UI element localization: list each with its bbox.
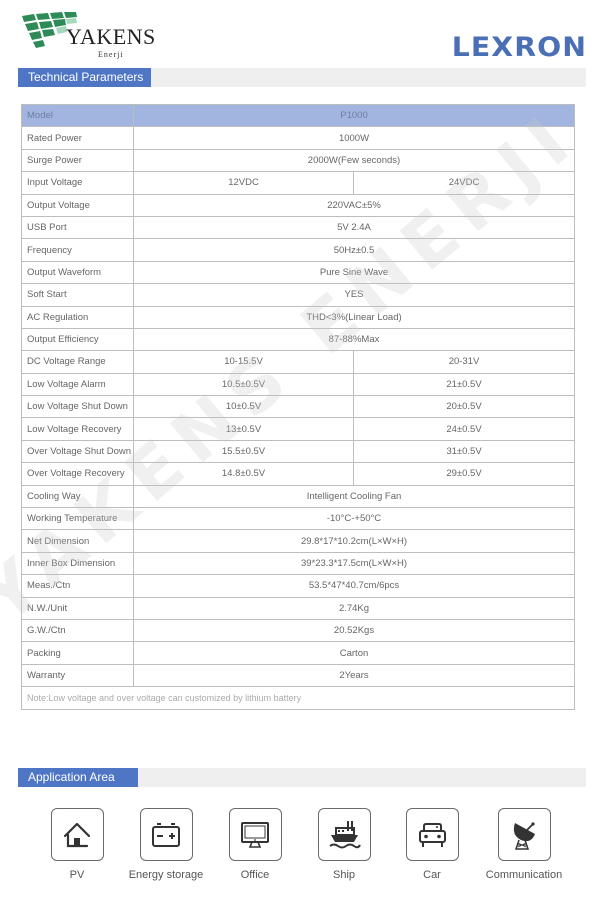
row-value-12v: 12VDC	[134, 172, 354, 194]
table-row: N.W./Unit2.74Kg	[22, 597, 575, 619]
table-row: Output Efficiency87-88%Max	[22, 328, 575, 350]
yakens-brand-name: YAKENS	[66, 24, 156, 50]
row-value-12v: 10-15.5V	[134, 351, 354, 373]
row-value-12v: 10±0.5V	[134, 396, 354, 418]
application-label: Car	[382, 869, 482, 881]
application-area-title: Application Area	[18, 768, 138, 787]
monitor-icon	[229, 808, 282, 861]
row-value: 87-88%Max	[134, 328, 575, 350]
row-label: Warranty	[22, 664, 134, 686]
row-label: Over Voltage Shut Down	[22, 440, 134, 462]
technical-parameters-title: Technical Parameters	[18, 68, 151, 87]
row-value-24v: 31±0.5V	[354, 440, 575, 462]
spec-table: ModelP1000Rated Power1000WSurge Power200…	[21, 104, 575, 710]
row-label: Packing	[22, 642, 134, 664]
row-label: Cooling Way	[22, 485, 134, 507]
row-value-12v: 14.8±0.5V	[134, 463, 354, 485]
row-value: 1000W	[134, 127, 575, 149]
table-row: Over Voltage Shut Down15.5±0.5V31±0.5V	[22, 440, 575, 462]
table-row: Low Voltage Recovery13±0.5V24±0.5V	[22, 418, 575, 440]
lexron-logo: LEXRON	[452, 32, 587, 63]
application-label: PV	[27, 869, 127, 881]
car-icon	[406, 808, 459, 861]
application-label: Communication	[474, 869, 574, 881]
row-value-24v: 24±0.5V	[354, 418, 575, 440]
page-header: YAKENS Enerji LEXRON	[0, 0, 592, 66]
row-label: Surge Power	[22, 149, 134, 171]
table-header-row: ModelP1000	[22, 105, 575, 127]
table-row: USB Port5V 2.4A	[22, 216, 575, 238]
application-item: Car	[382, 808, 482, 881]
application-item: Communication	[474, 808, 574, 881]
application-area-bar: Application Area	[18, 768, 586, 787]
table-row: Inner Box Dimension39*23.3*17.5cm(L×W×H)	[22, 552, 575, 574]
table-row: Surge Power2000W(Few seconds)	[22, 149, 575, 171]
row-value: 29.8*17*10.2cm(L×W×H)	[134, 530, 575, 552]
row-value-24v: 21±0.5V	[354, 373, 575, 395]
row-label: Input Voltage	[22, 172, 134, 194]
row-value: 2000W(Few seconds)	[134, 149, 575, 171]
row-label: Net Dimension	[22, 530, 134, 552]
row-value: 53.5*47*40.7cm/6pcs	[134, 575, 575, 597]
row-label: Low Voltage Recovery	[22, 418, 134, 440]
yakens-brand-sub: Enerji	[98, 50, 124, 59]
table-row: AC RegulationTHD<3%(Linear Load)	[22, 306, 575, 328]
table-row: Working Temperature-10°C-+50°C	[22, 508, 575, 530]
row-label: Soft Start	[22, 284, 134, 306]
house-icon	[51, 808, 104, 861]
row-label: N.W./Unit	[22, 597, 134, 619]
table-row: PackingCarton	[22, 642, 575, 664]
battery-icon	[140, 808, 193, 861]
application-label: Energy storage	[116, 869, 216, 881]
table-row: Output WaveformPure Sine Wave	[22, 261, 575, 283]
row-value-12v: 10.5±0.5V	[134, 373, 354, 395]
row-label: Frequency	[22, 239, 134, 261]
row-label: Meas./Ctn	[22, 575, 134, 597]
row-label: Over Voltage Recovery	[22, 463, 134, 485]
row-value-24v: 24VDC	[354, 172, 575, 194]
row-label: Output Voltage	[22, 194, 134, 216]
table-row: G.W./Ctn20.52Kgs	[22, 619, 575, 641]
table-row: Cooling WayIntelligent Cooling Fan	[22, 485, 575, 507]
table-note: Note:Low voltage and over voltage can cu…	[22, 687, 575, 709]
row-value-24v: 20±0.5V	[354, 396, 575, 418]
row-value: -10°C-+50°C	[134, 508, 575, 530]
table-row: DC Voltage Range10-15.5V20-31V	[22, 351, 575, 373]
application-list: PVEnergy storageOfficeShipCarCommunicati…	[0, 808, 592, 888]
row-value-12v: 13±0.5V	[134, 418, 354, 440]
row-value-24v: 20-31V	[354, 351, 575, 373]
table-row: Warranty2Years	[22, 664, 575, 686]
row-label: Rated Power	[22, 127, 134, 149]
row-value: Carton	[134, 642, 575, 664]
table-row: Low Voltage Alarm10.5±0.5V21±0.5V	[22, 373, 575, 395]
row-label: DC Voltage Range	[22, 351, 134, 373]
yakens-logo: YAKENS Enerji	[20, 10, 170, 60]
row-label: G.W./Ctn	[22, 619, 134, 641]
row-label: USB Port	[22, 216, 134, 238]
table-row: Net Dimension29.8*17*10.2cm(L×W×H)	[22, 530, 575, 552]
technical-parameters-bar: Technical Parameters	[18, 68, 586, 87]
row-label: Low Voltage Shut Down	[22, 396, 134, 418]
row-value-24v: 29±0.5V	[354, 463, 575, 485]
row-value-12v: 15.5±0.5V	[134, 440, 354, 462]
row-value: 220VAC±5%	[134, 194, 575, 216]
model-value: P1000	[134, 105, 575, 127]
row-value: Intelligent Cooling Fan	[134, 485, 575, 507]
row-label: Low Voltage Alarm	[22, 373, 134, 395]
table-row: Output Voltage220VAC±5%	[22, 194, 575, 216]
row-value: Pure Sine Wave	[134, 261, 575, 283]
row-value: YES	[134, 284, 575, 306]
row-value: 2.74Kg	[134, 597, 575, 619]
application-label: Ship	[294, 869, 394, 881]
application-item: Energy storage	[116, 808, 216, 881]
table-row: Low Voltage Shut Down10±0.5V20±0.5V	[22, 396, 575, 418]
row-label: Output Waveform	[22, 261, 134, 283]
row-value: 2Years	[134, 664, 575, 686]
row-value: 39*23.3*17.5cm(L×W×H)	[134, 552, 575, 574]
table-row: Frequency50Hz±0.5	[22, 239, 575, 261]
row-label: Model	[22, 105, 134, 127]
row-value: 50Hz±0.5	[134, 239, 575, 261]
row-label: Output Efficiency	[22, 328, 134, 350]
row-label: Working Temperature	[22, 508, 134, 530]
application-label: Office	[205, 869, 305, 881]
application-item: PV	[27, 808, 127, 881]
row-value: 20.52Kgs	[134, 619, 575, 641]
row-label: Inner Box Dimension	[22, 552, 134, 574]
table-note-row: Note:Low voltage and over voltage can cu…	[22, 687, 575, 709]
table-row: Input Voltage12VDC24VDC	[22, 172, 575, 194]
application-item: Ship	[294, 808, 394, 881]
table-row: Rated Power1000W	[22, 127, 575, 149]
application-item: Office	[205, 808, 305, 881]
row-label: AC Regulation	[22, 306, 134, 328]
table-row: Meas./Ctn53.5*47*40.7cm/6pcs	[22, 575, 575, 597]
satellite-dish-icon	[498, 808, 551, 861]
table-row: Soft StartYES	[22, 284, 575, 306]
ship-icon	[318, 808, 371, 861]
row-value: 5V 2.4A	[134, 216, 575, 238]
row-value: THD<3%(Linear Load)	[134, 306, 575, 328]
table-row: Over Voltage Recovery14.8±0.5V29±0.5V	[22, 463, 575, 485]
